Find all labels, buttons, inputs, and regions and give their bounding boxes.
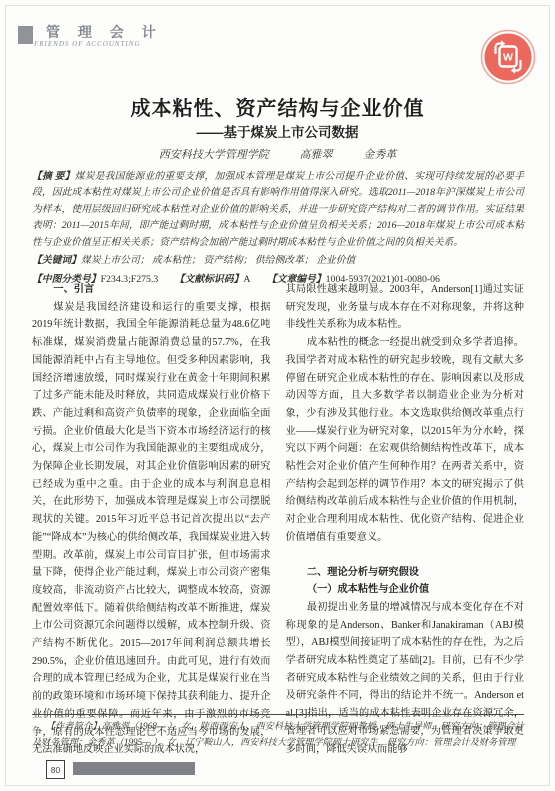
page-number: 80 bbox=[46, 760, 65, 779]
footer-bar bbox=[73, 762, 195, 775]
svg-text:W: W bbox=[503, 52, 513, 64]
keywords: 【关键词】煤炭上市公司； 成本粘性； 资产结构； 供给侧改革； 企业价值 bbox=[32, 253, 524, 269]
left-column: 一、引言 煤炭是我国经济建设和运行的重要支撑，根据2019年统计数据，我国全年能… bbox=[32, 281, 271, 759]
author-affiliation: 西安科技大学管理学院 bbox=[159, 149, 269, 161]
byline: 西安科技大学管理学院 高雅翠 金秀革 bbox=[0, 146, 555, 162]
abstract: 【摘 要】煤炭是我国能源业的重要支撑，加强成本管理是煤炭上市公司提升企业价值、实… bbox=[32, 169, 524, 251]
journal-logo-block bbox=[18, 26, 33, 44]
right-column: 其局限性越来越明显。2003年，Anderson[1]通过实证研究发现，业务量与… bbox=[286, 281, 525, 759]
author-name-2: 金秀革 bbox=[363, 149, 396, 161]
footnote-divider bbox=[32, 714, 524, 715]
sub-heading-2-1: （一）成本粘性与企业价值 bbox=[286, 581, 525, 599]
section-heading-2: 二、理论分析与研究假设 bbox=[286, 564, 525, 582]
article-subtitle: ——基于煤炭上市公司数据 bbox=[0, 121, 555, 141]
journal-page: 管 理 会 计 FRIENDS OF ACCOUNTING W 成本粘性、资产结… bbox=[0, 0, 555, 791]
keywords-label: 【关键词】 bbox=[32, 255, 81, 266]
section-heading-1: 一、引言 bbox=[32, 281, 271, 299]
article-body: 一、引言 煤炭是我国经济建设和运行的重要支撑，根据2019年统计数据，我国全年能… bbox=[32, 281, 524, 713]
author-name-1: 高雅翠 bbox=[300, 149, 333, 161]
journal-name-en: FRIENDS OF ACCOUNTING bbox=[34, 40, 140, 48]
author-bio-footnote: 【作者简介】高雅翠（1968— ），女，陕西西安人，西安科技大学管理学院副教授、… bbox=[32, 719, 524, 750]
document-convert-icon: W bbox=[480, 29, 536, 85]
article-title: 成本粘性、资产结构与企业价值 bbox=[0, 92, 555, 121]
body-paragraph: 成本粘性的概念一经提出就受到众多学者追捧。我国学者对成本粘性的研究起步较晚，现有… bbox=[286, 334, 525, 546]
keywords-text: 煤炭上市公司； 成本粘性； 资产结构； 供给侧改革； 企业价值 bbox=[81, 255, 355, 266]
body-paragraph: 其局限性越来越明显。2003年，Anderson[1]通过实证研究发现，业务量与… bbox=[286, 281, 525, 334]
abstract-label: 【摘 要】 bbox=[32, 171, 75, 182]
abstract-text: 煤炭是我国能源业的重要支撑，加强成本管理是煤炭上市公司提升企业价值、实现可持续发… bbox=[32, 171, 524, 248]
document-convert-badge[interactable]: W bbox=[480, 29, 536, 85]
front-matter: 【摘 要】煤炭是我国能源业的重要支撑，加强成本管理是煤炭上市公司提升企业价值、实… bbox=[32, 169, 524, 289]
body-paragraph: 煤炭是我国经济建设和运行的重要支撑，根据2019年统计数据，我国全年能源消耗总量… bbox=[32, 299, 271, 759]
journal-name-cn: 管 理 会 计 bbox=[46, 22, 163, 42]
